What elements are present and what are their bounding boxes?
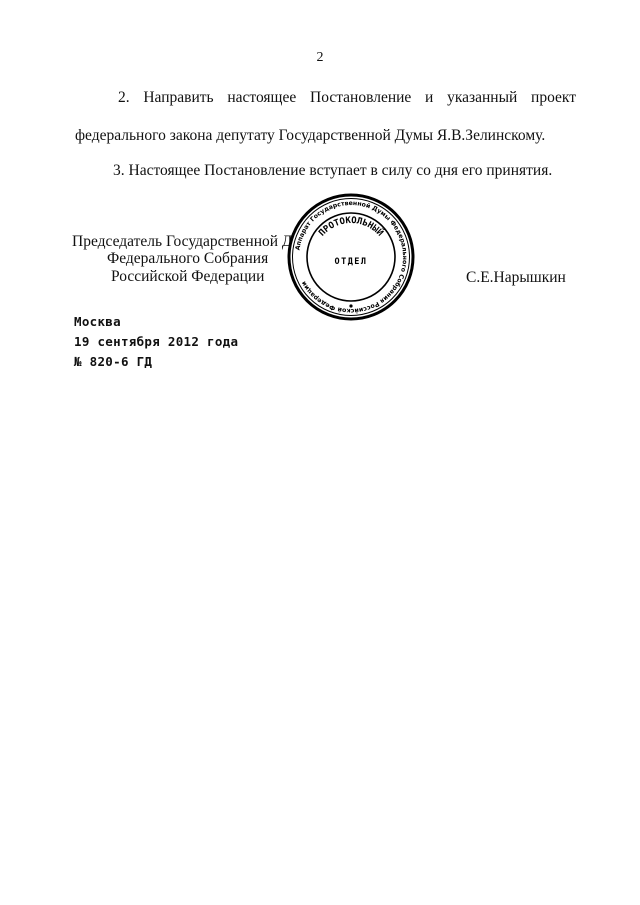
official-seal-stamp-icon: Аппарат Государственной Думы Федеральног…: [286, 192, 416, 322]
signatory-title-line-1: Председатель Государственной Думы: [72, 233, 320, 251]
date-of-signing: 19 сентября 2012 года: [74, 334, 238, 349]
stamp-center-text: ОТДЕЛ: [334, 257, 367, 267]
paragraph-2-line-2: федерального закона депутату Государстве…: [75, 127, 545, 145]
signatory-title-line-3: Российской Федерации: [111, 268, 264, 286]
paragraph-3: 3. Настоящее Постановление вступает в си…: [113, 162, 552, 180]
page-number: 2: [0, 50, 640, 66]
document-number: № 820-6 ГД: [74, 354, 152, 369]
signatory-title-line-2: Федерального Собрания: [107, 250, 268, 268]
signatory-name: С.Е.Нарышкин: [466, 269, 566, 287]
place-of-signing: Москва: [74, 314, 121, 329]
paragraph-2-line-1: 2. Направить настоящее Постановление и у…: [118, 89, 576, 107]
